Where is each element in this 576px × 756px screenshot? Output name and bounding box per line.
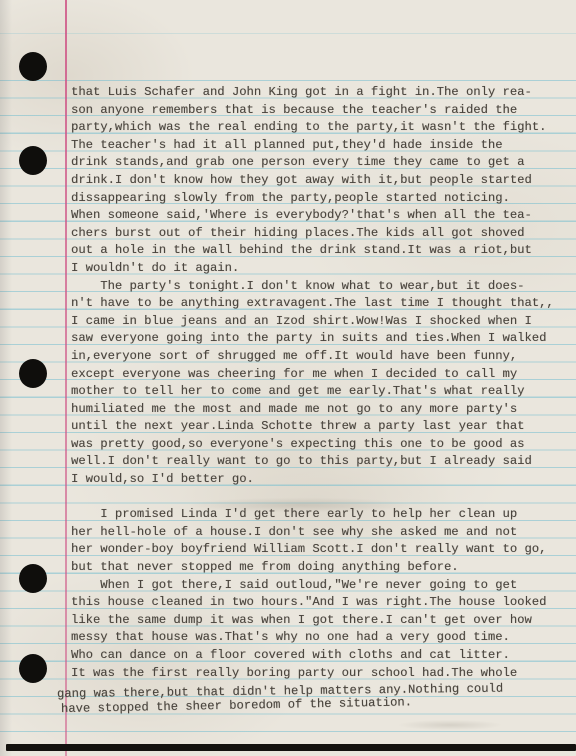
typewriter-line: I promised Linda I'd get there early to …: [71, 506, 571, 524]
typewriter-line: out a hole in the wall behind the drink …: [71, 242, 571, 260]
typewriter-line: Who can dance on a floor covered with cl…: [71, 647, 571, 665]
typewriter-line: was pretty good,so everyone's expecting …: [71, 436, 571, 454]
top-faint-rule-line: [0, 33, 576, 34]
typewriter-line: her hell-hole of a house.I don't see why…: [71, 524, 571, 542]
hole-punch: [19, 146, 47, 175]
typewriter-line: chers burst out of their hiding places.T…: [71, 225, 571, 243]
typewriter-line: The party's tonight.I don't know what to…: [71, 278, 571, 296]
notebook-page: that Luis Schafer and John King got in a…: [0, 0, 576, 756]
margin-line: [65, 0, 67, 756]
scan-edge-bar: [6, 744, 576, 751]
typewriter-line: I came in blue jeans and an Izod shirt.W…: [71, 313, 571, 331]
typewriter-line: The teacher's had it all planned put,the…: [71, 137, 571, 155]
typewriter-line: well.I don't really want to go to this p…: [71, 453, 571, 471]
typewriter-line: I would,so I'd better go.: [71, 471, 571, 489]
typewriter-line: son anyone remembers that is because the…: [71, 102, 571, 120]
typewriter-line: like the same dump it was when I got the…: [71, 612, 571, 630]
typewriter-line: but that never stopped me from doing any…: [71, 559, 571, 577]
typewriter-line: until the next year.Linda Schotte threw …: [71, 418, 571, 436]
scan-edge-left: [0, 0, 12, 756]
typewriter-line: saw everyone going into the party in sui…: [71, 330, 571, 348]
hole-punch: [19, 359, 47, 388]
typewriter-line: It was the first really boring party our…: [71, 665, 571, 683]
typewriter-line: that Luis Schafer and John King got in a…: [71, 84, 571, 102]
typewriter-line: n't have to be anything extravagent.The …: [71, 295, 571, 313]
typewriter-line: dissappearing slowly from the party,peop…: [71, 190, 571, 208]
typewriter-line: in,everyone sort of shrugged me off.It w…: [71, 348, 571, 366]
typewriter-line: party,which was the real ending to the p…: [71, 119, 571, 137]
typewriter-line: her wonder-boy boyfriend William Scott.I…: [71, 541, 571, 559]
typewriter-line: drink stands,and grab one person every t…: [71, 154, 571, 172]
typewriter-line: I wouldn't do it again.: [71, 260, 571, 278]
typewriter-line: this house cleaned in two hours."And I w…: [71, 594, 571, 612]
typed-text: that Luis Schafer and John King got in a…: [71, 84, 571, 717]
hole-punch: [19, 52, 47, 81]
typewriter-line: humiliated me the most and made me not g…: [71, 401, 571, 419]
typewriter-line: messy that house was.That's why no one h…: [71, 629, 571, 647]
typewriter-line: When someone said,'Where is everybody?'t…: [71, 207, 571, 225]
ink-bleed-smudge: [380, 716, 520, 734]
typewriter-line: mother to tell her to come and get me ea…: [71, 383, 571, 401]
typewriter-line: When I got there,I said outloud,"We're n…: [71, 577, 571, 595]
hole-punch: [19, 564, 47, 593]
typewriter-line: except everyone was cheering for me when…: [71, 366, 571, 384]
typewriter-line: drink.I don't know how they got away wit…: [71, 172, 571, 190]
typewriter-line: [71, 489, 571, 507]
hole-punch: [19, 654, 47, 683]
